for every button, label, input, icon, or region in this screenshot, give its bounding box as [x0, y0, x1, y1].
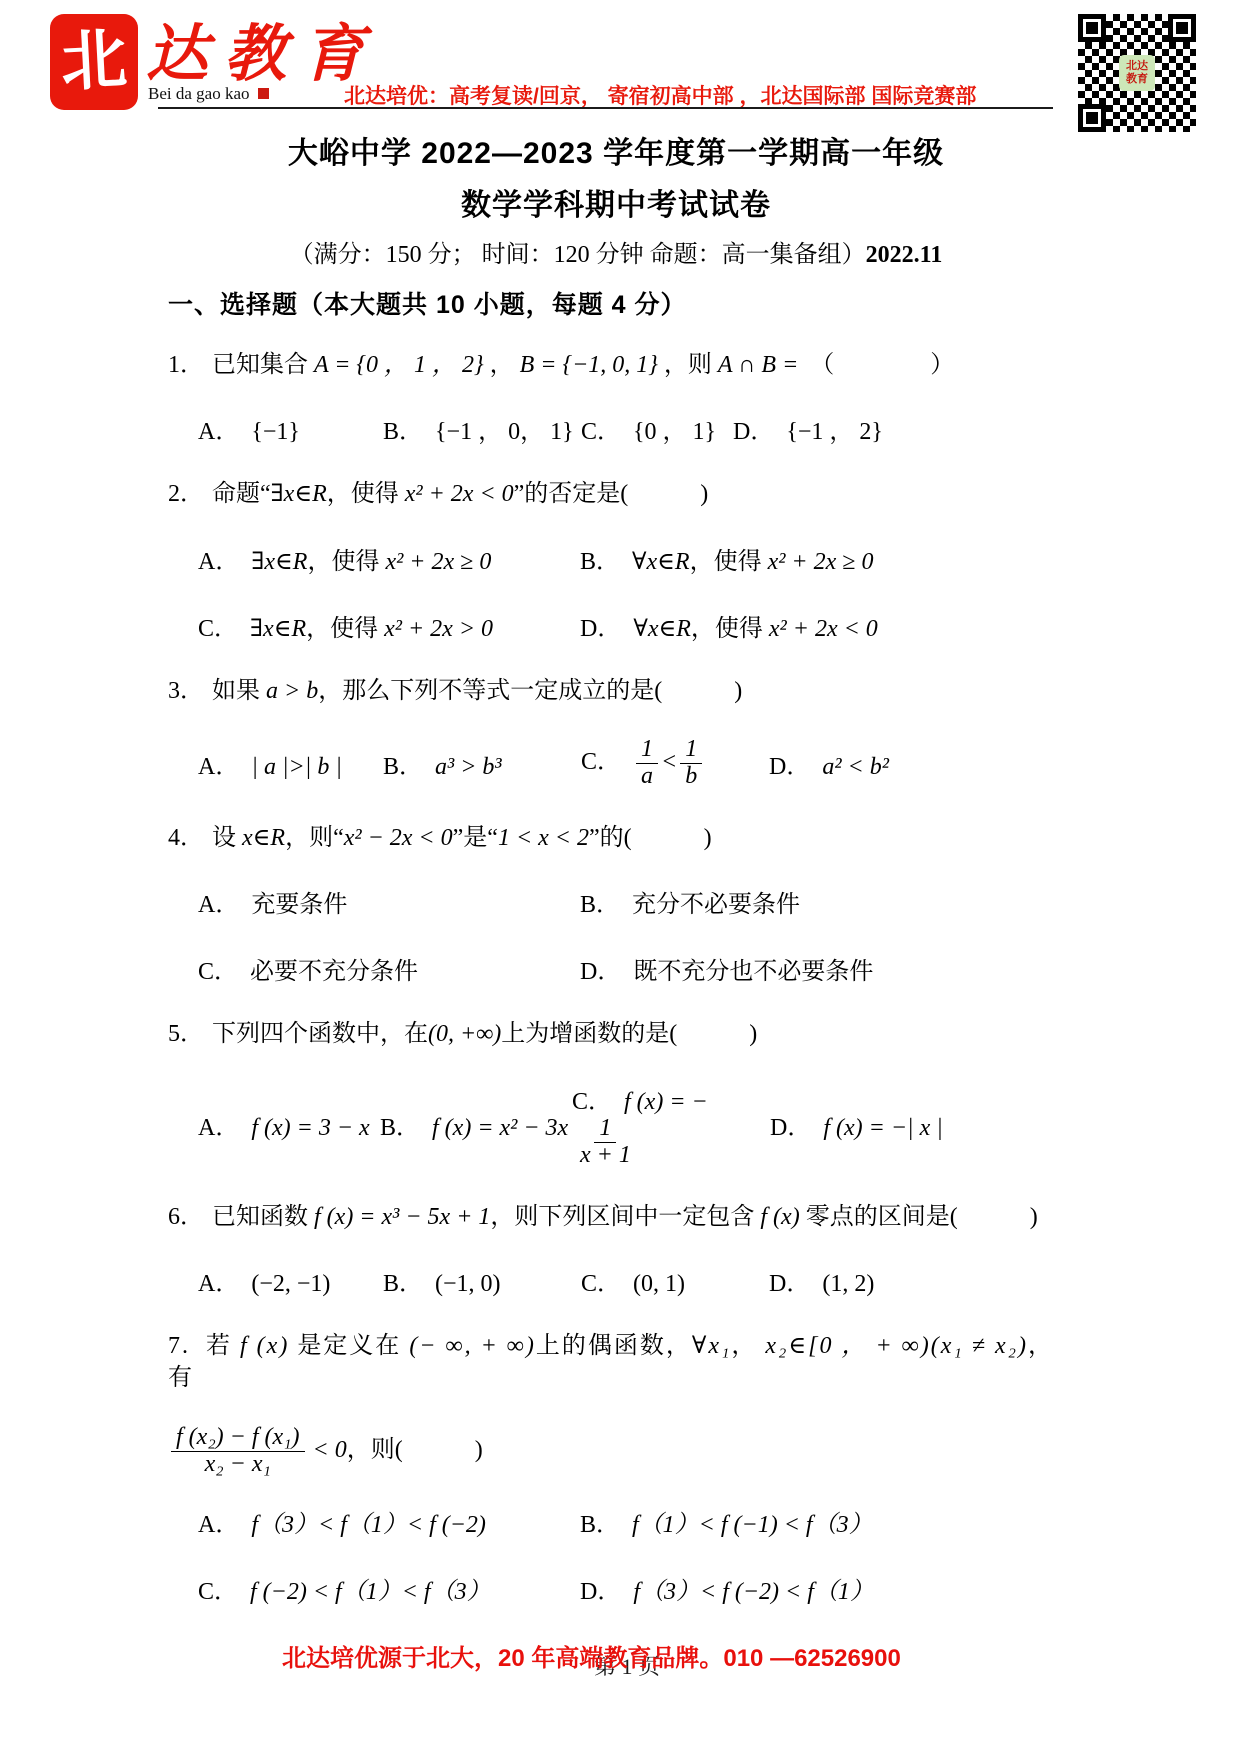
question-7-options: A．f（3）< f（1）< f (−2) B．f（1）< f (−1) < f（… [168, 1504, 1064, 1606]
answer-blank: （ ） [798, 352, 954, 378]
option-label: C． [572, 1089, 612, 1115]
question-6-stem: 6．已知函数 f (x) = x³ − 5x + 1，则下列区间中一定包含 f … [168, 1201, 1064, 1233]
option-label: A． [198, 892, 239, 918]
qr-finder-icon [1078, 14, 1106, 42]
question-number: 6． [168, 1204, 204, 1230]
option-b: B．(−1, 0) [383, 1263, 581, 1298]
option-value: f (x) = −| x | [823, 1115, 943, 1141]
option-c: C．必要不充分条件 [198, 951, 580, 986]
fraction-numerator: 1 [636, 737, 658, 764]
math-expr: < 0 [313, 1437, 347, 1463]
option-c: C．f (−2) < f（1）< f（3） [198, 1571, 580, 1606]
math-expr: x² + 2x ≥ 0 [768, 549, 874, 575]
option-c: C．(0, 1) [581, 1263, 769, 1298]
stem-segment: ，则 [664, 352, 718, 378]
qr-code: 北达 教育 [1078, 14, 1196, 132]
stem-segment: ， [490, 352, 514, 378]
question-5-options: A．f (x) = 3 − x B．f (x) = x² − 3x C．f (x… [168, 1081, 1064, 1169]
option-label: B． [580, 1512, 620, 1538]
option-label: B． [580, 892, 620, 918]
math-expr: ∃x∈R [250, 616, 306, 642]
seal-character: 北 [59, 27, 128, 96]
option-c: C．1a<1b [581, 737, 769, 790]
qr-finder-icon [1168, 14, 1196, 42]
math-expr: (− ∞, + ∞) [409, 1333, 536, 1359]
exam-body: 大峪中学 2022—2023 学年度第一学期高一年级 数学学科期中考试试卷 （满… [168, 128, 1064, 1638]
option-d: D．{−1 ， 2} [733, 411, 1064, 446]
math-expr: (0, +∞) [428, 1021, 501, 1047]
option-value: {−1 ， 0， 1} [435, 419, 574, 445]
math-expr: a > b [266, 678, 318, 704]
option-a: A．充要条件 [198, 884, 580, 919]
option-label: B． [580, 549, 620, 575]
question-3: 3．如果 a > b，那么下列不等式一定成立的是( ) A．| a |>| b … [168, 675, 1064, 790]
fraction-numerator: 1 [680, 737, 702, 764]
option-value: a³ > b³ [435, 754, 502, 780]
option-label: D． [580, 616, 621, 642]
question-3-stem: 3．如果 a > b，那么下列不等式一定成立的是( ) [168, 675, 1064, 707]
math-expr: x² + 2x < 0 [405, 481, 514, 507]
answer-blank: 上为增函数的是( ) [501, 1021, 757, 1047]
option-value: (−2, −1) [251, 1271, 330, 1297]
math-expr: ∃x∈R [271, 481, 327, 507]
pinyin-label: Bei da gao kao [148, 84, 250, 103]
footer-slogan: 北达培优源于北大，20 年高端教育品牌。010 —62526900 [282, 1638, 901, 1673]
exam-meta: （满分：150 分； 时间：120 分钟 命题：高一集备组）2022.11 [168, 234, 1064, 269]
fraction: f (x₂) − f (x₁)x₂ − x₁ [171, 1425, 305, 1478]
option-value: (−1, 0) [435, 1271, 501, 1297]
option-a: A．| a |>| b | [198, 746, 383, 781]
option-value: f (−2) < f（1）< f（3） [250, 1579, 491, 1605]
option-label: C． [581, 419, 621, 445]
option-c: C．f (x) = −1x + 1 [572, 1081, 770, 1169]
fraction: 1x + 1 [575, 1116, 636, 1169]
stem-segment: 如果 [212, 678, 266, 704]
fraction: 1b [680, 737, 702, 790]
math-expr: ∀x∈R [632, 549, 690, 575]
math-expr: A ∩ B = [718, 352, 798, 378]
option-value: | a |>| b | [251, 754, 342, 780]
option-a: A．f (x) = 3 − x [198, 1107, 380, 1142]
stem-segment: ”是“ [453, 825, 498, 851]
answer-blank: ，那么下列不等式一定成立的是( ) [318, 678, 742, 704]
question-2-stem: 2．命题“∃x∈R，使得 x² + 2x < 0”的否定是( ) [168, 478, 1064, 510]
stem-segment: 是定义在 [289, 1333, 409, 1359]
option-d: D．f（3）< f (−2) < f（1） [580, 1571, 1064, 1606]
question-1-stem: 1．已知集合 A = {0 ， 1 ， 2} ， B = {−1, 0, 1} … [168, 349, 1064, 381]
fraction-denominator: b [680, 764, 702, 790]
option-label: C． [581, 749, 621, 775]
question-4-options: A．充要条件 B．充分不必要条件 C．必要不充分条件 D．既不充分也不必要条件 [168, 884, 1064, 986]
math-expr: ∃x∈R [251, 549, 307, 575]
math-expr: f (x) = x³ − 5x + 1 [314, 1204, 490, 1230]
math-expr: f (x) = − [624, 1089, 708, 1115]
qr-finder-icon [1078, 104, 1106, 132]
question-5: 5．下列四个函数中，在(0, +∞)上为增函数的是( ) A．f (x) = 3… [168, 1018, 1064, 1168]
option-label: D． [769, 1271, 810, 1297]
exam-meta-info: （满分：150 分； 时间：120 分钟 命题：高一集备组） [290, 242, 866, 268]
option-value: {−1 ， 2} [786, 419, 883, 445]
option-text: ，使得 [306, 616, 384, 642]
option-value: a² < b² [822, 754, 889, 780]
stem-segment: 若 [198, 1333, 240, 1359]
option-label: A． [198, 754, 239, 780]
stem-segment: 下列四个函数中，在 [212, 1021, 428, 1047]
stem-segment: ，使得 [327, 481, 405, 507]
question-5-stem: 5．下列四个函数中，在(0, +∞)上为增函数的是( ) [168, 1018, 1064, 1050]
stem-segment: 已知集合 [212, 352, 314, 378]
math-expr: 1 < x < 2 [498, 825, 589, 851]
exam-title-line2: 数学学科期中考试试卷 [168, 180, 1064, 224]
option-label: D． [769, 754, 810, 780]
fraction-denominator: a [636, 764, 658, 790]
option-text: ，使得 [691, 616, 769, 642]
option-d: D．∀x∈R，使得 x² + 2x < 0 [580, 608, 1064, 643]
option-label: D． [770, 1115, 811, 1141]
option-b: B．a³ > b³ [383, 746, 581, 781]
qr-label-line1: 北达 [1126, 60, 1148, 73]
option-label: A． [198, 1512, 239, 1538]
option-label: D． [733, 419, 774, 445]
fraction: 1a [636, 737, 658, 790]
stem-segment: ，则下列区间中一定包含 [490, 1204, 760, 1230]
answer-blank: 零点的区间是( ) [800, 1204, 1038, 1230]
math-expr: x₂∈[0 ， + ∞)(x₁ ≠ x₂) [765, 1333, 1028, 1359]
option-label: B． [383, 1271, 423, 1297]
option-label: D． [580, 1579, 621, 1605]
question-7-inequality: f (x₂) − f (x₁)x₂ − x₁< 0，则( ) [168, 1425, 1064, 1478]
option-value: {−1} [251, 419, 300, 445]
question-number: 3． [168, 678, 204, 704]
option-label: C． [581, 1271, 621, 1297]
question-number: 4． [168, 825, 204, 851]
option-value: (1, 2) [822, 1271, 874, 1297]
option-value: 充要条件 [251, 892, 347, 918]
math-expr: A = {0 ， 1 ， 2} [314, 352, 490, 378]
option-value: 必要不充分条件 [250, 959, 418, 985]
stem-segment: 上的偶函数， [536, 1333, 692, 1359]
math-expr: f (x) [760, 1204, 799, 1230]
math-expr: x∈R [242, 825, 285, 851]
question-number: 2． [168, 481, 204, 507]
option-label: A． [198, 1115, 239, 1141]
question-6: 6．已知函数 f (x) = x³ − 5x + 1，则下列区间中一定包含 f … [168, 1201, 1064, 1298]
answer-blank: ”的否定是( ) [514, 481, 709, 507]
option-value: 充分不必要条件 [632, 892, 800, 918]
option-b: B．充分不必要条件 [580, 884, 1064, 919]
option-value: f (x) = 3 − x [251, 1115, 369, 1141]
question-1-options: A．{−1} B．{−1 ， 0， 1} C．{0 ， 1} D．{−1 ， 2… [168, 411, 1064, 446]
option-value: f (x) = x² − 3x [432, 1115, 568, 1141]
math-expr: x² + 2x ≥ 0 [385, 549, 491, 575]
question-number: 5． [168, 1021, 204, 1047]
stem-segment: ， [731, 1333, 765, 1359]
option-value: f（3）< f (−2) < f（1） [633, 1579, 874, 1605]
red-square-icon [258, 88, 269, 99]
math-expr: x² − 2x < 0 [344, 825, 453, 851]
exam-page: 北 达教育 Bei da gao kao 北达培优：高考复读/回京， 寄宿初高中… [0, 0, 1241, 1754]
qr-label-line2: 教育 [1126, 73, 1148, 86]
question-7-stem: 7. 若 f (x) 是定义在 (− ∞, + ∞)上的偶函数，∀x₁， x₂∈… [168, 1330, 1064, 1395]
brand-pinyin-text: Bei da gao kao [148, 84, 269, 104]
brand-seal-logo: 北 [52, 16, 136, 108]
fraction-numerator: f (x₂) − f (x₁) [171, 1425, 305, 1452]
option-d: D．f (x) = −| x | [770, 1107, 1064, 1142]
question-7: 7. 若 f (x) 是定义在 (− ∞, + ∞)上的偶函数，∀x₁， x₂∈… [168, 1330, 1064, 1606]
option-value: {0 ， 1} [633, 419, 716, 445]
math-expr: ∀x∈R [633, 616, 691, 642]
option-b: B．{−1 ， 0， 1} [383, 411, 581, 446]
exam-title-line1: 大峪中学 2022—2023 学年度第一学期高一年级 [168, 128, 1064, 172]
question-4-stem: 4．设 x∈R，则“x² − 2x < 0”是“1 < x < 2”的( ) [168, 822, 1064, 854]
math-expr: f (x) [240, 1333, 289, 1359]
math-expr: x² + 2x < 0 [769, 616, 878, 642]
option-label: C． [198, 616, 238, 642]
answer-blank: ”的( ) [589, 825, 712, 851]
option-a: A．{−1} [198, 411, 383, 446]
option-d: D．既不充分也不必要条件 [580, 951, 1064, 986]
option-text: ，使得 [690, 549, 768, 575]
question-4: 4．设 x∈R，则“x² − 2x < 0”是“1 < x < 2”的( ) A… [168, 822, 1064, 986]
fraction-denominator: x + 1 [575, 1143, 636, 1169]
stem-segment: 已知函数 [212, 1204, 314, 1230]
option-label: A． [198, 419, 239, 445]
option-label: B． [383, 754, 423, 780]
exam-meta-date: 2022.11 [866, 242, 943, 268]
option-label: C． [198, 959, 238, 985]
stem-segment: ，则“ [285, 825, 344, 851]
option-d: D．a² < b² [769, 746, 1064, 781]
option-label: D． [580, 959, 621, 985]
math-expr: ∀x₁ [692, 1333, 731, 1359]
question-number: 1． [168, 352, 204, 378]
relation-symbol: < [661, 749, 677, 775]
option-d: D．(1, 2) [769, 1263, 1064, 1298]
option-value: f（1）< f (−1) < f（3） [632, 1512, 873, 1538]
option-label: C． [198, 1579, 238, 1605]
question-1: 1．已知集合 A = {0 ， 1 ， 2} ， B = {−1, 0, 1} … [168, 349, 1064, 446]
math-expr: B = {−1, 0, 1} [514, 352, 664, 378]
question-2-options: A．∃x∈R，使得 x² + 2x ≥ 0 B．∀x∈R，使得 x² + 2x … [168, 541, 1064, 643]
option-value: (0, 1) [633, 1271, 685, 1297]
question-6-options: A．(−2, −1) B．(−1, 0) C．(0, 1) D．(1, 2) [168, 1263, 1064, 1298]
option-b: B．f (x) = x² − 3x [380, 1107, 572, 1142]
option-a: A．f（3）< f（1）< f (−2) [198, 1504, 580, 1539]
option-label: A． [198, 549, 239, 575]
option-label: B． [380, 1115, 420, 1141]
question-3-options: A．| a |>| b | B．a³ > b³ C．1a<1b D．a² < b… [168, 737, 1064, 790]
question-2: 2．命题“∃x∈R，使得 x² + 2x < 0”的否定是( ) A．∃x∈R，… [168, 478, 1064, 642]
option-value: 既不充分也不必要条件 [633, 959, 873, 985]
option-label: B． [383, 419, 423, 445]
fraction-numerator: 1 [594, 1116, 616, 1143]
option-b: B．f（1）< f (−1) < f（3） [580, 1504, 1064, 1539]
option-label: A． [198, 1271, 239, 1297]
option-b: B．∀x∈R，使得 x² + 2x ≥ 0 [580, 541, 1064, 576]
stem-segment: 命题“ [212, 481, 271, 507]
option-a: A．∃x∈R，使得 x² + 2x ≥ 0 [198, 541, 580, 576]
header-tagline: 北达培优：高考复读/回京， 寄宿初高中部 ，北达国际部 国际竞赛部 [344, 80, 976, 110]
stem-segment: 设 [212, 825, 242, 851]
fraction-denominator: x₂ − x₁ [200, 1452, 276, 1478]
header-divider [158, 107, 1053, 109]
question-number: 7. [168, 1333, 190, 1359]
section-heading: 一、选择题（本大题共 10 小题，每题 4 分） [168, 285, 1064, 321]
answer-blank: ，则( ) [347, 1437, 483, 1463]
math-expr: x² + 2x > 0 [384, 616, 493, 642]
option-value: f（3）< f（1）< f (−2) [251, 1512, 486, 1538]
qr-center-label: 北达 教育 [1119, 55, 1155, 91]
option-c: C．{0 ， 1} [581, 411, 733, 446]
option-c: C．∃x∈R，使得 x² + 2x > 0 [198, 608, 580, 643]
option-a: A．(−2, −1) [198, 1263, 383, 1298]
option-text: ，使得 [307, 549, 385, 575]
